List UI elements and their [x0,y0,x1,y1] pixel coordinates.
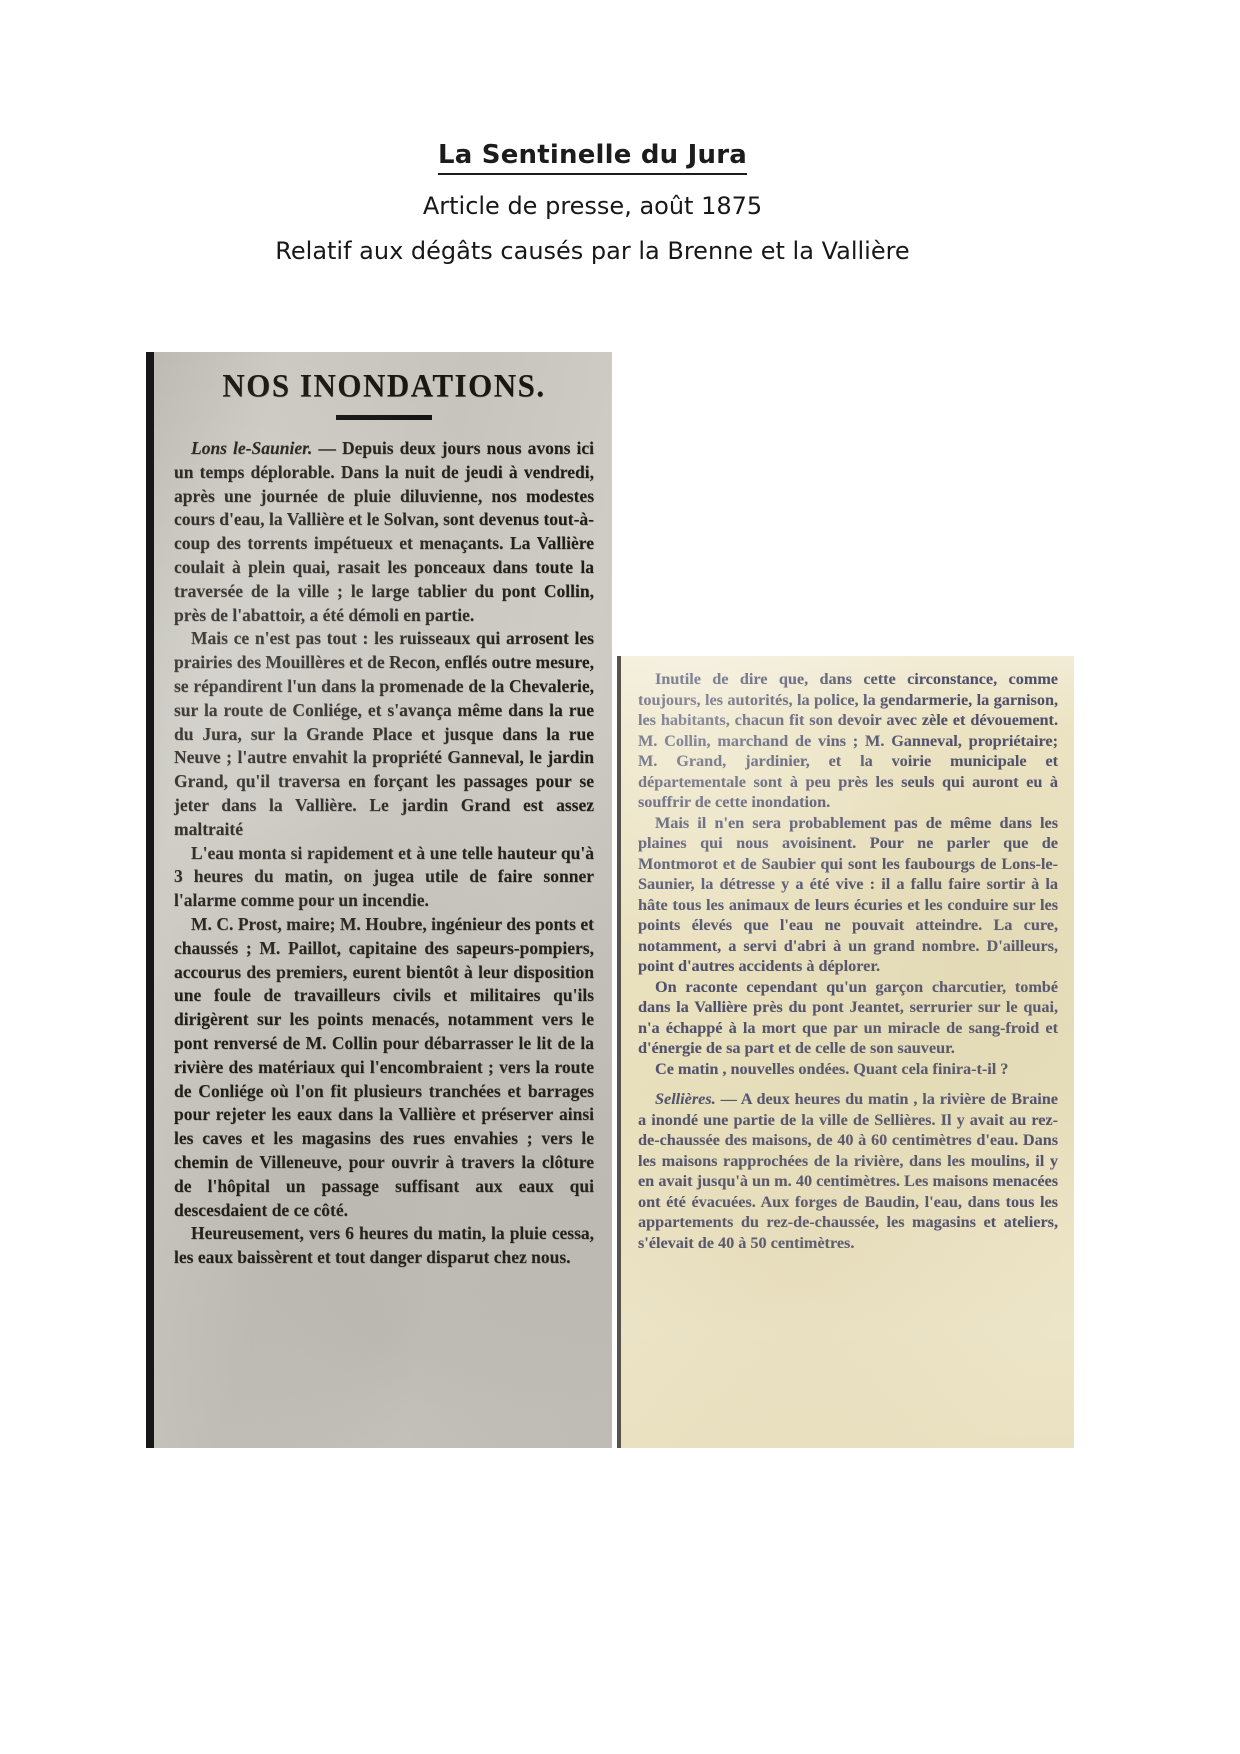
dateline-sellieres: Sellières. [655,1090,716,1108]
paragraph-eau-monta: L'eau monta si rapidement et à une telle… [174,842,594,913]
paragraph-garcon-charcutier: On raconte cependant qu'un garçon charcu… [638,977,1058,1059]
paragraph-inutile-de-dire: Inutile de dire que, dans cette circonst… [638,669,1058,813]
newspaper-clipping-right: Inutile de dire que, dans cette circonst… [617,656,1074,1448]
paragraph-lons-intro: Lons le-Saunier. — Depuis deux jours nou… [174,437,594,627]
dateline-lons-le-saunier: Lons le-Saunier. [191,438,312,458]
article-headline: NOS INONDATIONS. [174,367,594,405]
newspaper-clipping-left: NOS INONDATIONS. Lons le-Saunier. — Depu… [146,352,612,1448]
paragraph-text: — Depuis deux jours nous avons ici un te… [174,438,594,625]
paragraph-heureusement: Heureusement, vers 6 heures du matin, la… [174,1222,594,1270]
paragraph-sellieres: Sellières. — A deux heures du matin , la… [638,1089,1058,1253]
paragraph-prost-maire: M. C. Prost, maire; M. Houbre, ingénieur… [174,913,594,1222]
document-page: La Sentinelle du Jura Article de presse,… [0,0,1240,1754]
paragraph-ce-matin: Ce matin , nouvelles ondées. Quant cela … [638,1059,1058,1080]
paragraph-ruisseaux: Mais ce n'est pas tout : les ruisseaux q… [174,627,594,841]
header-subtitle-description: Relatif aux dégâts causés par la Brenne … [0,237,1185,265]
page-title-row: La Sentinelle du Jura [0,140,1185,175]
header-subtitle-date: Article de presse, août 1875 [0,192,1185,220]
document-header: La Sentinelle du Jura Article de presse,… [0,140,1185,265]
page-title: La Sentinelle du Jura [438,140,747,175]
paragraph-text: — A deux heures du matin , la rivière de… [638,1090,1058,1252]
paragraph-plaines: Mais il n'en sera probablement pas de mê… [638,813,1058,977]
headline-rule [336,415,432,420]
